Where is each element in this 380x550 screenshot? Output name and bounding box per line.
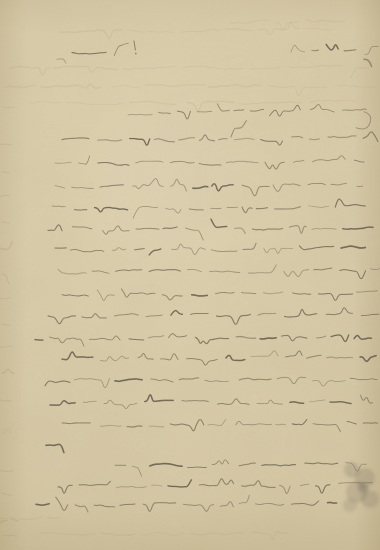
manuscript-page [0, 0, 380, 550]
manuscript-scan [0, 0, 380, 550]
paper-grain-overlay [0, 0, 380, 550]
